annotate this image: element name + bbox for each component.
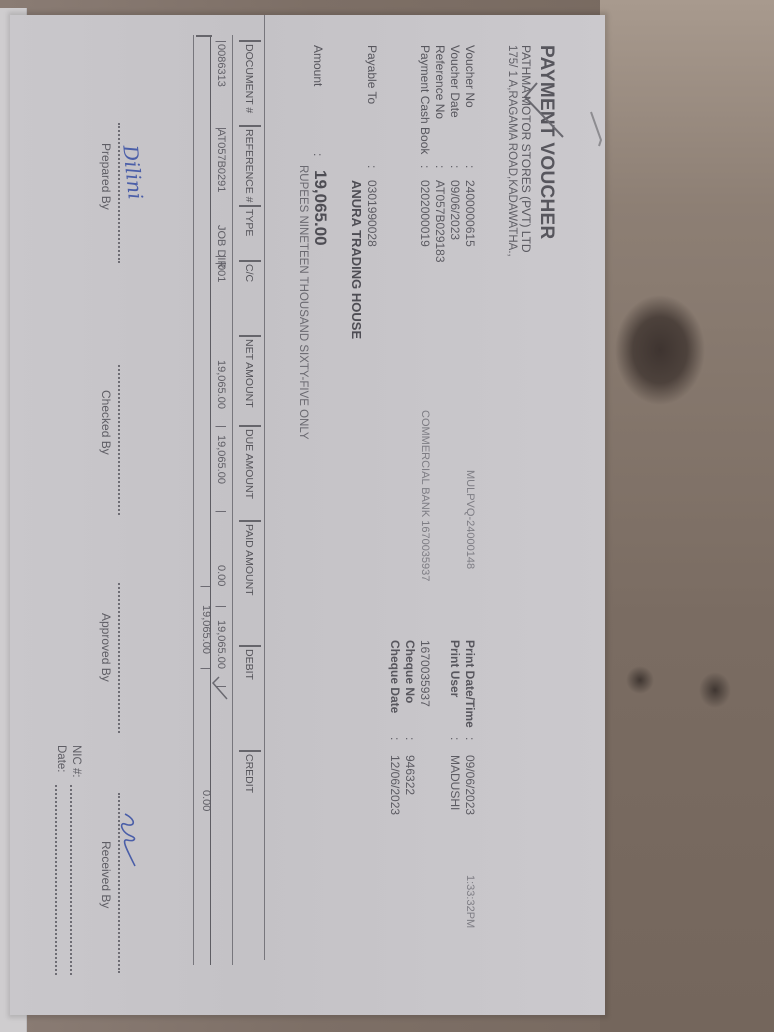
print-datetime-label: Print Date/Time [463, 640, 477, 728]
table-header-rule [232, 35, 233, 965]
payment-cash-book-label: Payment Cash Book [418, 45, 432, 154]
table-header-net-amount: NET AMOUNT [243, 339, 255, 408]
column-divider [239, 520, 261, 522]
payment-voucher-document: PAYMENT VOUCHER PATHMA MOTOR STORES (PVT… [10, 15, 605, 1015]
colon: : [388, 737, 402, 740]
received-by-label: Received By [99, 841, 113, 908]
prepared-by-line [118, 123, 120, 263]
checked-by-label: Checked By [99, 390, 113, 455]
cheque-no-label: Cheque No [403, 640, 417, 703]
print-time: 1:33:32PM [464, 875, 476, 928]
received-by-signature [113, 810, 143, 870]
checked-by-line [118, 365, 120, 515]
colon: : [418, 165, 432, 168]
nic-label: NIC #: [70, 745, 82, 778]
cheque-account-no: 1670035937 [418, 640, 432, 707]
nic-field-line[interactable] [70, 785, 72, 975]
cell-reference: AT057B0291 [215, 129, 227, 192]
table-header-document: DOCUMENT # [243, 44, 255, 113]
table-row-rule [210, 35, 211, 965]
staple-icon [587, 110, 603, 150]
payable-to-label: Payable To [365, 45, 379, 104]
cheque-no: 946322 [403, 755, 417, 795]
table-header-credit: CREDIT [243, 754, 255, 793]
voucher-date-value: 09/06/2023 [448, 180, 462, 240]
colon: : [311, 153, 325, 156]
colon: : [403, 737, 417, 740]
cell-separator: | [200, 667, 212, 670]
colon: : [463, 165, 477, 168]
table-header-debit: DEBIT [243, 649, 255, 680]
cell-separator: | [215, 425, 227, 428]
cell-cc: 001 [215, 264, 227, 282]
column-divider [239, 645, 261, 647]
wooden-table-surface [600, 0, 774, 1032]
cell-separator: | [215, 510, 227, 513]
total-credit: 0.00 [200, 790, 212, 811]
payee-name: ANURA TRADING HOUSE [349, 180, 364, 339]
column-divider [196, 35, 212, 37]
amount-in-words: RUPEES NINETEEN THOUSAND SIXTY-FIVE ONLY [297, 165, 309, 440]
cell-separator: | [215, 262, 227, 265]
cell-paid-amount: 0.00 [215, 565, 227, 586]
amount-label: Amount [311, 45, 325, 86]
column-divider [239, 335, 261, 337]
column-divider [239, 40, 261, 42]
tick-mark-icon [209, 675, 229, 705]
colon: : [433, 165, 447, 168]
cell-net-amount: 19,065.00 [215, 360, 227, 409]
approved-by-label: Approved By [99, 613, 113, 682]
column-divider [239, 425, 261, 427]
prepared-by-label: Prepared By [99, 143, 113, 210]
date-label: Date: [55, 745, 67, 773]
table-header-cc: C/C [243, 264, 255, 282]
company-address: 175/ 1 A,RAGAMA ROAD,KADAWATHA., [506, 45, 518, 257]
amount-value: 19,065.00 [310, 170, 330, 246]
cell-separator: | [215, 255, 227, 258]
table-header-type: TYPE [243, 209, 255, 236]
voucher-no-value: 2400000615 [463, 180, 477, 247]
payment-cash-book-value: 0202000019 [418, 180, 432, 247]
cell-document: 0086313 [215, 44, 227, 87]
reference-no-label: Reference No [433, 45, 447, 119]
print-date: 09/06/2023 [463, 755, 477, 815]
cell-debit: 19,065.00 [215, 620, 227, 669]
colon: : [448, 737, 462, 740]
date-field-line[interactable] [55, 785, 57, 975]
cheque-date-label: Cheque Date [388, 640, 402, 713]
voucher-no-label: Voucher No [463, 45, 477, 108]
table-bottom-rule [193, 35, 194, 965]
column-divider [239, 260, 261, 262]
cell-separator: | [215, 40, 227, 43]
table-header-reference: REFERENCE # [243, 129, 255, 203]
bank-account: COMMERCIAL BANK 1670035937 [419, 410, 431, 581]
cell-separator: | [215, 605, 227, 608]
column-divider [239, 205, 261, 207]
colon: : [463, 737, 477, 740]
print-user-label: Print User [448, 640, 462, 697]
cheque-date: 12/06/2023 [388, 755, 402, 815]
table-top-rule [264, 15, 265, 960]
table-header-due-amount: DUE AMOUNT [243, 429, 255, 499]
cell-separator: | [215, 127, 227, 130]
pv-code: MULPVQ-24000148 [464, 470, 476, 569]
cell-separator: | [200, 585, 212, 588]
company-name: PATHMA MOTOR STORES (PVT) LTD [519, 45, 533, 253]
voucher-date-label: Voucher Date [448, 45, 462, 118]
reference-no-value: AT057B029183 [433, 180, 447, 263]
column-divider [239, 125, 261, 127]
approved-by-line [118, 583, 120, 733]
table-header-paid-amount: PAID AMOUNT [243, 524, 255, 596]
total-debit: 19,065.00 [200, 605, 212, 654]
prepared-by-signature: Dilini [118, 144, 148, 201]
colon: : [365, 165, 379, 168]
column-divider [239, 750, 261, 752]
payee-code: 0301990028 [365, 180, 379, 247]
cell-due-amount: 19,065.00 [215, 435, 227, 484]
print-user: MADUSHI [448, 755, 462, 810]
colon: : [448, 165, 462, 168]
